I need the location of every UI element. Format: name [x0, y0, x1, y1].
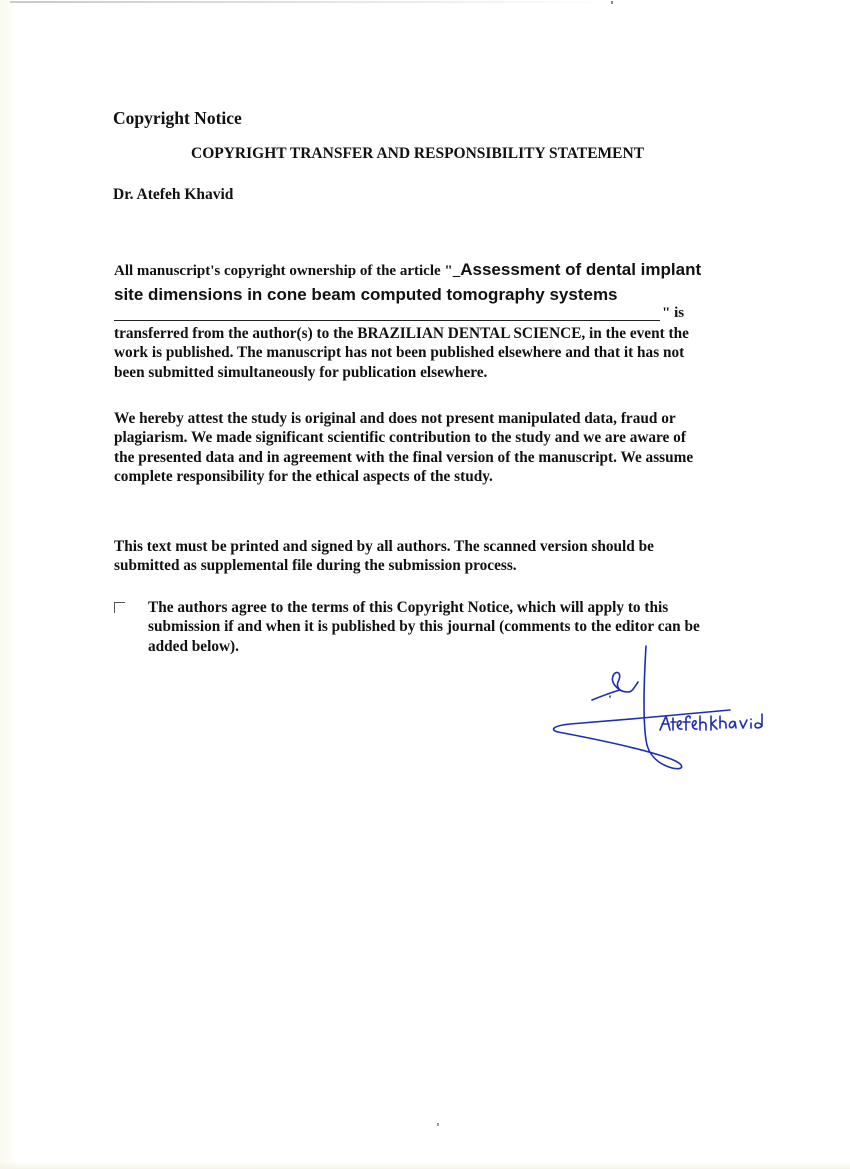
- paragraph-line: been submitted simultaneously for public…: [114, 363, 764, 382]
- instructions-paragraph: This text must be printed and signed by …: [114, 537, 764, 576]
- ownership-prefix: All manuscript's copyright ownership of …: [114, 263, 460, 279]
- scan-bottom-edge: [0, 1161, 850, 1169]
- paragraph-line: The authors agree to the terms of this C…: [148, 598, 768, 617]
- paragraph-line: submission if and when it is published b…: [148, 617, 768, 636]
- scan-speck: [437, 1123, 439, 1126]
- article-title-part-2: site dimensions in cone beam computed to…: [114, 285, 618, 304]
- article-title-part-1: Assessment of dental implant: [460, 260, 701, 279]
- attestation-paragraph: We hereby attest the study is original a…: [114, 409, 764, 486]
- paragraph-line: plagiarism. We made significant scientif…: [114, 428, 764, 447]
- paragraph-line: This text must be printed and signed by …: [114, 537, 764, 556]
- paragraph-line: submitted as supplemental file during th…: [114, 556, 764, 575]
- transfer-paragraph: transferred from the author(s) to the BR…: [114, 324, 764, 382]
- agreement-checkbox[interactable]: [114, 602, 125, 613]
- blank-underline: [114, 320, 660, 321]
- scan-left-edge: [0, 0, 14, 1169]
- scan-top-edge: [10, 1, 610, 3]
- paragraph-line: the presented data and in agreement with…: [114, 448, 764, 467]
- author-name: Dr. Atefeh Khavid: [113, 186, 233, 204]
- handwritten-signature: [540, 640, 800, 780]
- section-heading: Copyright Notice: [113, 108, 242, 129]
- paragraph-line: complete responsibility for the ethical …: [114, 467, 764, 486]
- paragraph-line: We hereby attest the study is original a…: [114, 409, 764, 428]
- scan-speck: [611, 1, 613, 4]
- ownership-suffix: " is: [662, 305, 684, 322]
- ownership-line-1: All manuscript's copyright ownership of …: [114, 260, 701, 280]
- ownership-line-2: site dimensions in cone beam computed to…: [114, 285, 618, 305]
- statement-title: COPYRIGHT TRANSFER AND RESPONSIBILITY ST…: [191, 145, 644, 163]
- paragraph-line: work is published. The manuscript has no…: [114, 343, 764, 362]
- paragraph-line: transferred from the author(s) to the BR…: [114, 324, 764, 343]
